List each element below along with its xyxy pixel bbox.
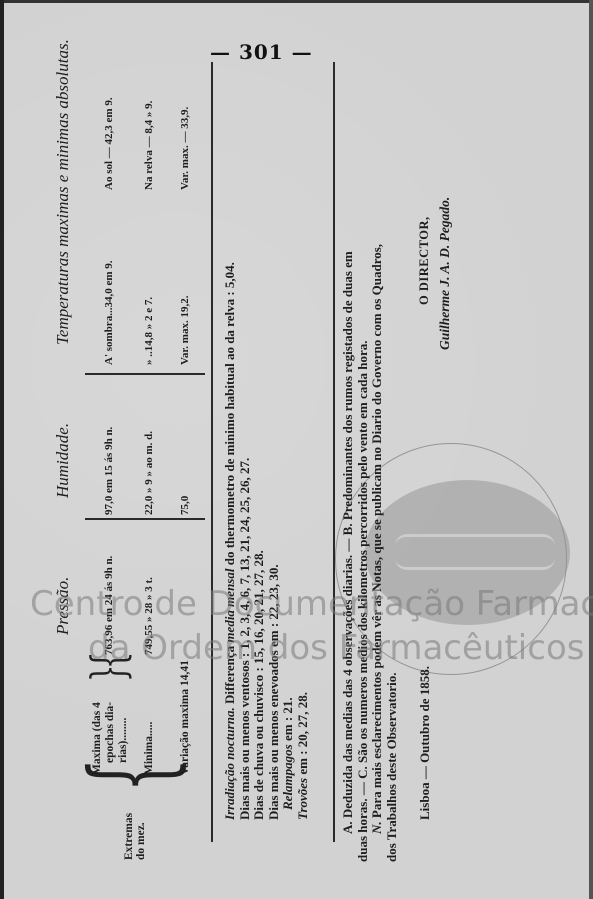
director-name: Guilherme J. A. D. Pegado. xyxy=(437,197,453,350)
footnote-line-2: duas horas. — C. São os numeros medios d… xyxy=(356,244,371,862)
page-edge-right xyxy=(589,0,593,899)
humidade-maxima: 97,0 em 15 ás 9h n. xyxy=(103,427,115,515)
irradiacao-line: Irradiação nocturna. Differença media me… xyxy=(223,262,238,820)
rotated-content: Pressão. Humidade. Temperaturas maximas … xyxy=(45,60,485,880)
director-title: O DIRECTOR, xyxy=(417,216,432,305)
seal-caduceus-icon xyxy=(395,534,555,570)
trovoes-line: Trovões em : 20, 27, 28. xyxy=(296,262,311,820)
ventosos-line: Dias mais ou menos ventosos : 1, 2, 3, 4… xyxy=(238,262,253,820)
column-header-temperaturas: Temperaturas maximas e minimas absolutas… xyxy=(53,39,73,345)
enevoados-line: Dias mais ou menos enevoados em : 22, 23… xyxy=(267,262,282,820)
place-date: Lisboa — Outubro de 1858. xyxy=(417,666,433,820)
watermark-line-2: da Ordem dos Farmacêuticos xyxy=(88,628,584,668)
relampagos-line: Relampagos em : 21. xyxy=(281,262,296,820)
footnote-line-1: A. Deduzida das medias das 4 observações… xyxy=(341,244,356,862)
temp-sombra-minima: » ..14,8 » 2 e 7. xyxy=(143,297,155,365)
row-group-label: Extremas do mez. xyxy=(123,813,147,860)
temp-sol-variacao: Var. max. — 33,9. xyxy=(179,107,191,190)
humidade-minima: 22,0 » 9 » ao m. d. xyxy=(143,431,155,515)
temp-sombra-maxima: A' sombra...34,0 em 9. xyxy=(103,261,115,366)
watermark-line-1: Centro de Documentação Farmacêutica xyxy=(30,584,593,624)
row-label-maxima: Maxima (das 4 epochas dia- rias)........ xyxy=(91,702,130,775)
section-rule xyxy=(211,62,213,842)
row-label-minima: Minima..... xyxy=(143,722,155,775)
chuva-line: Dias de chuva ou chuvisco : 15, 16, 20, … xyxy=(252,262,267,820)
page-edge-top xyxy=(0,0,593,3)
footnote-line-3: N. Para mais esclarecimentos podem vêr a… xyxy=(370,244,385,862)
column-header-humidade: Humidade. xyxy=(53,423,73,498)
row-label-variacao: Variação maxima 14,41 xyxy=(179,660,191,775)
temp-relva-minima: Na relva — 8,4 » 9. xyxy=(143,101,155,190)
temp-sombra-variacao: Var. max. 19,2. xyxy=(179,296,191,365)
footnotes-block: A. Deduzida das medias das 4 observações… xyxy=(341,244,399,862)
column-divider-1 xyxy=(85,519,205,521)
footnote-rule xyxy=(333,62,335,842)
humidade-variacao: 75,0 xyxy=(179,496,191,515)
temp-sol-maxima: Ao sol — 42,3 em 9. xyxy=(103,97,115,190)
column-divider-2 xyxy=(85,374,205,376)
scanned-page: — 301 — Pressão. Humidade. Temperaturas … xyxy=(0,0,593,899)
page-edge-left xyxy=(0,0,4,899)
notes-block: Irradiação nocturna. Differença media me… xyxy=(223,262,310,820)
footnote-line-4: dos Trabalhos deste Observatorio. xyxy=(385,244,400,862)
